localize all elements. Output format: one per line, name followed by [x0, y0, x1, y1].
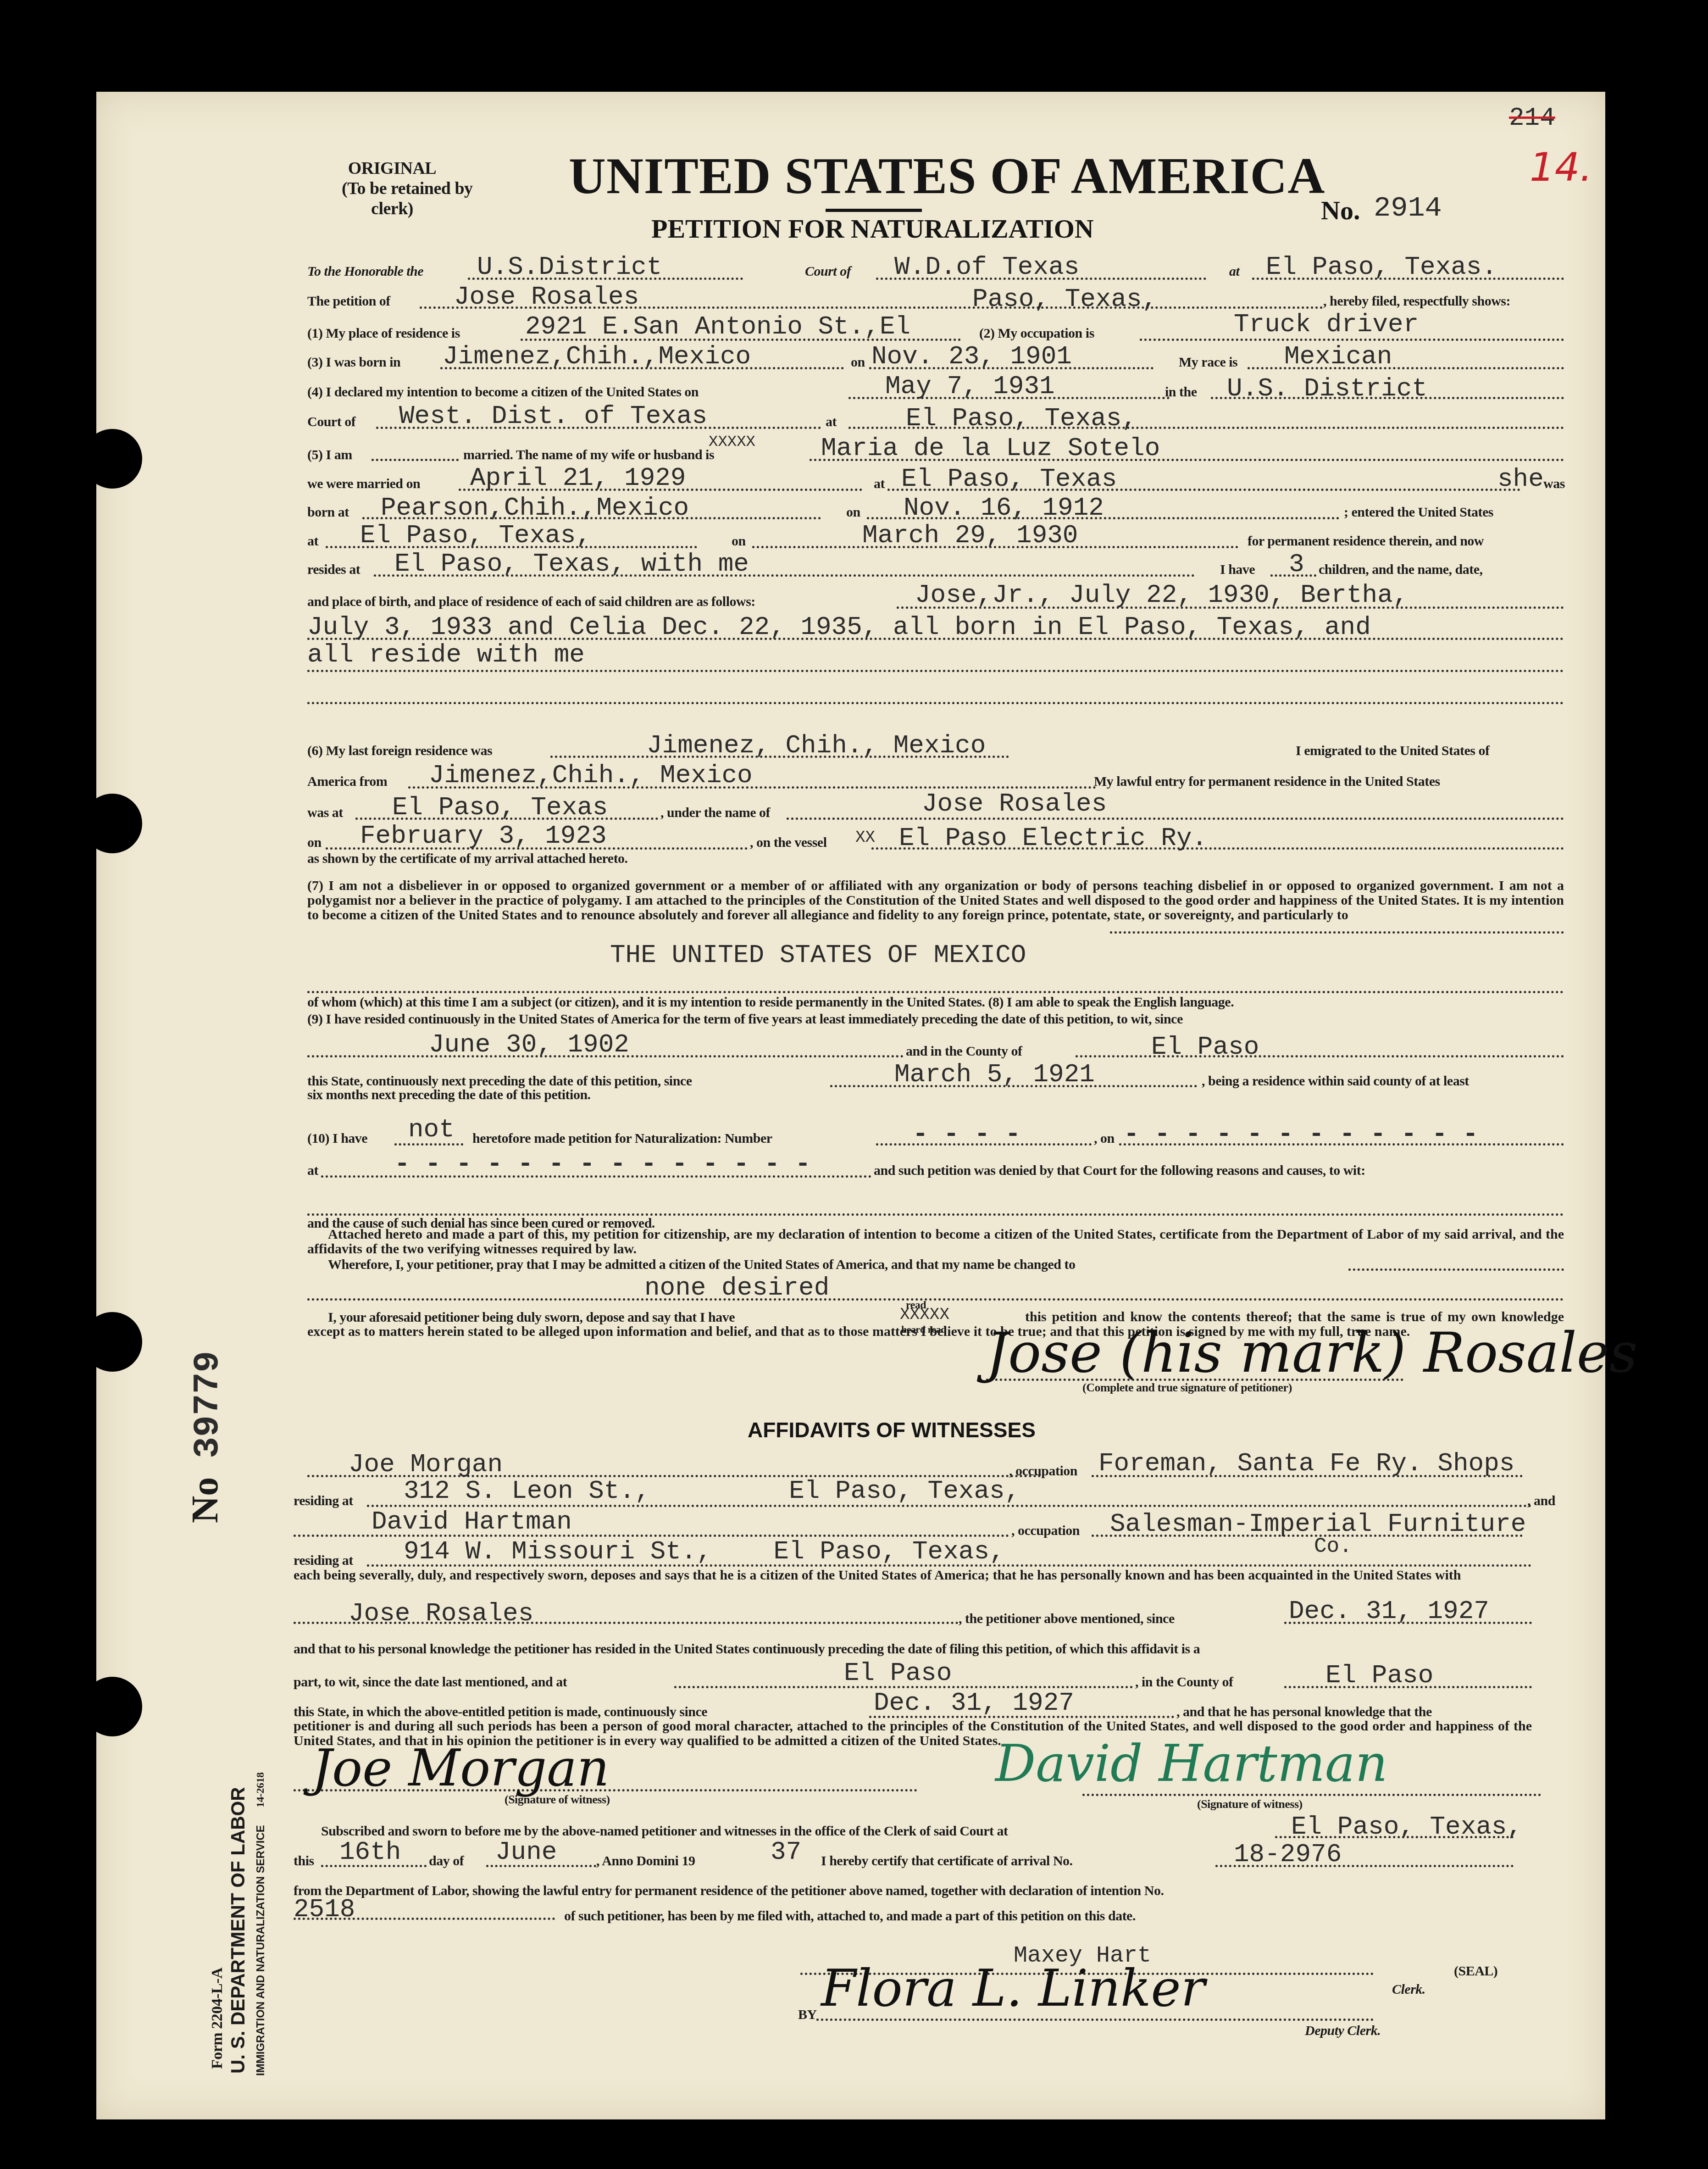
children-line-1[interactable]: Jose,Jr., July 22, 1930, Bertha,	[915, 580, 1408, 610]
witness-1-address[interactable]: 312 S. Leon St., El Paso, Texas,	[404, 1476, 1020, 1506]
birthplace[interactable]: Jimenez,Chih.,Mexico	[443, 342, 751, 371]
department-statement: from the Department of Labor, showing th…	[294, 1883, 1164, 1899]
witness-1-name[interactable]: Joe Morgan	[349, 1450, 503, 1479]
court-name[interactable]: U.S.District	[477, 252, 662, 282]
label: (1) My place of residence is	[307, 326, 460, 341]
witness-2-signature: David Hartman	[995, 1734, 1388, 1793]
serial-number-block: No 39779	[183, 1351, 228, 1523]
witness-knowledge-statement: and that to his personal knowledge the p…	[294, 1641, 1200, 1657]
label: this	[294, 1853, 314, 1869]
label: on	[846, 505, 860, 520]
label: was	[1543, 476, 1565, 492]
red-page-number: 14.	[1530, 145, 1592, 190]
field-line	[294, 1918, 555, 1920]
prior-petition-date[interactable]: - - - - - - - - - - - -	[1124, 1119, 1478, 1149]
label: on	[307, 835, 322, 851]
children-count[interactable]: 3	[1289, 550, 1304, 579]
field-line	[307, 1298, 1564, 1301]
print-code: 14-2618	[255, 1773, 267, 1808]
birth-date[interactable]: Nov. 23, 1901	[871, 342, 1072, 371]
last-foreign-residence[interactable]: Jimenez, Chih., Mexico	[647, 731, 986, 760]
label: as shown by the certificate of my arriva…	[307, 851, 628, 867]
label: married. The name of my wife or husband …	[463, 447, 714, 463]
document-title: UNITED STATES OF AMERICA	[569, 147, 1325, 206]
label: , hereby filed, respectfully shows:	[1323, 294, 1510, 309]
label: My lawful entry for permanent residence …	[1094, 774, 1440, 790]
oath-month[interactable]: June	[495, 1837, 557, 1867]
petitioner-name[interactable]: Jose Rosales	[454, 282, 639, 311]
label: residing at	[294, 1493, 353, 1509]
witness-2-occupation-cont[interactable]: Co.	[1314, 1535, 1352, 1558]
label: I emigrated to the United States of	[1296, 743, 1489, 759]
declared-date[interactable]: May 7, 1931	[885, 372, 1055, 401]
arrival-certificate-number[interactable]: 18-2976	[1234, 1840, 1342, 1869]
label: part, to wit, since the date last mentio…	[294, 1674, 567, 1690]
prior-petition-number[interactable]: - - - -	[913, 1119, 1020, 1149]
court-location[interactable]: El Paso, Texas.	[1266, 252, 1497, 282]
petition-number: 2914	[1374, 192, 1442, 224]
spouse-name[interactable]: Maria de la Luz Sotelo	[821, 434, 1160, 463]
label: , the petitioner above mentioned, since	[959, 1611, 1175, 1627]
serial-label: No	[184, 1477, 226, 1523]
witness-2-name[interactable]: David Hartman	[372, 1507, 572, 1536]
seal-label: (SEAL)	[1454, 1963, 1497, 1979]
field-line	[1110, 931, 1564, 934]
struck-vessel-prefix: XX	[855, 828, 875, 847]
label: at	[874, 476, 885, 492]
entry-place[interactable]: El Paso, Texas	[392, 793, 608, 822]
label: (6) My last foreign residence was	[307, 743, 492, 759]
married-at[interactable]: El Paso, Texas	[901, 464, 1117, 494]
label: America from	[307, 774, 387, 790]
witness-county[interactable]: El Paso	[1325, 1661, 1433, 1690]
label: this State, continuously next preceding …	[307, 1073, 692, 1089]
signature-caption: (Signature of witness)	[505, 1793, 610, 1807]
title-divider	[826, 209, 922, 212]
label: at	[826, 414, 837, 430]
label: at	[307, 534, 318, 549]
punch-hole	[83, 1312, 142, 1372]
renounced-sovereign[interactable]: THE UNITED STATES OF MEXICO	[610, 940, 1026, 970]
subject-statement: of whom (which) at this time I am a subj…	[307, 995, 1234, 1010]
label: (4) I declared my intention to become a …	[307, 384, 699, 400]
entry-name[interactable]: Jose Rosales	[922, 789, 1107, 818]
spouse-birth-date[interactable]: Nov. 16, 1912	[904, 493, 1104, 523]
label: Court of	[805, 264, 851, 279]
married-on[interactable]: April 21, 1929	[470, 463, 686, 493]
label: Court of	[307, 414, 355, 430]
vessel[interactable]: El Paso Electric Ry.	[899, 823, 1207, 853]
race[interactable]: Mexican	[1284, 342, 1392, 371]
label: , and	[1527, 1493, 1555, 1509]
field-line	[372, 459, 459, 461]
emigrated-from[interactable]: Jimenez,Chih., Mexico	[429, 761, 753, 790]
children-line-3[interactable]: all reside with me	[307, 640, 585, 669]
punch-hole	[83, 1677, 142, 1736]
label: (5) I am	[307, 447, 352, 463]
label: , on the vessel	[750, 835, 827, 851]
label: at	[1229, 264, 1239, 279]
serial-number: 39779	[188, 1351, 228, 1458]
entry-date[interactable]: February 3, 1923	[360, 821, 607, 851]
clerk-court-location[interactable]: El Paso, Texas,	[1291, 1812, 1522, 1841]
label: and such petition was denied by that Cou…	[874, 1163, 1365, 1179]
field-line	[1082, 1794, 1541, 1796]
field-line	[307, 991, 1564, 993]
field-line	[307, 702, 1564, 704]
deputy-clerk-signature: Flora L. Linker	[821, 1959, 1205, 2018]
petitioner-signature: Jose (his mark) Rosales	[986, 1321, 1637, 1385]
wherefore-statement: Wherefore, I, your petitioner, pray that…	[328, 1257, 1075, 1273]
label: this State, in which the above-entitled …	[294, 1704, 707, 1720]
department-name: U. S. DEPARTMENT OF LABOR	[227, 1787, 249, 2074]
witness-1-occupation[interactable]: Foreman, Santa Fe Ry. Shops	[1098, 1449, 1514, 1478]
district[interactable]: W.D.of Texas	[894, 252, 1079, 282]
label: (2) My occupation is	[979, 326, 1094, 341]
label: day of	[429, 1853, 464, 1869]
prior-petition-court[interactable]: - - - - - - - - - - - - - -	[394, 1149, 810, 1179]
label: , Anno Domini 19	[596, 1853, 695, 1869]
label: , on	[1094, 1131, 1115, 1146]
children-line-2[interactable]: July 3, 1933 and Celia Dec. 22, 1935, al…	[307, 612, 1371, 642]
subscribed-statement: Subscribed and sworn to before me by the…	[321, 1824, 1008, 1839]
label: in the	[1165, 384, 1197, 400]
label: I have	[1220, 562, 1255, 578]
witnesses-heading: AFFIDAVITS OF WITNESSES	[748, 1418, 1036, 1442]
field-line	[787, 818, 1564, 820]
declared-court-of[interactable]: West. Dist. of Texas	[399, 401, 707, 431]
field-line	[307, 670, 1564, 672]
service-name: IMMIGRATION AND NATURALIZATION SERVICE	[255, 1825, 267, 2076]
label: at	[307, 1163, 318, 1179]
spouse-entered-on[interactable]: March 29, 1930	[862, 521, 1078, 550]
spouse-entered-at[interactable]: El Paso, Texas,	[360, 521, 591, 550]
spouse-birthplace[interactable]: Pearson,Chih.,Mexico	[381, 493, 689, 523]
label: and place of birth, and place of residen…	[307, 594, 755, 610]
label: , occupation	[1011, 1523, 1080, 1539]
label: , in the County of	[1135, 1674, 1233, 1690]
state-residence-since[interactable]: March 5, 1921	[894, 1060, 1095, 1089]
punch-hole	[83, 794, 142, 853]
field-line	[1348, 1268, 1564, 1271]
oath-day[interactable]: 16th	[339, 1837, 401, 1867]
petitioner-name-cont[interactable]: Paso, Texas,	[972, 284, 1157, 314]
filed-statement: of such petitioner, has been by me filed…	[564, 1908, 1136, 1924]
punch-hole	[83, 429, 142, 489]
label: six months next preceding the date of th…	[307, 1087, 591, 1103]
witness-state-since[interactable]: Dec. 31, 1927	[874, 1688, 1074, 1718]
label: was at	[307, 805, 343, 821]
original-label: ORIGINAL (To be retained by clerk)	[342, 158, 443, 219]
signature-caption: (Signature of witness)	[1197, 1797, 1303, 1811]
label: we were married on	[307, 476, 420, 492]
label: ; entered the United States	[1344, 505, 1493, 520]
witness-2-address[interactable]: 914 W. Missouri St., El Paso, Texas,	[404, 1537, 1005, 1566]
label: My race is	[1179, 355, 1237, 370]
label: To the Honorable the	[307, 264, 423, 279]
struck-text: XXXXX	[709, 434, 755, 451]
oath-year[interactable]: 37	[771, 1837, 801, 1867]
spouse-pronoun[interactable]: she	[1497, 464, 1544, 494]
label: born at	[307, 505, 349, 520]
spouse-resides-at[interactable]: El Paso, Texas, with me	[394, 549, 749, 578]
residence-county[interactable]: El Paso	[1151, 1032, 1259, 1062]
label: heretofore made petition for Naturalizat…	[472, 1131, 772, 1146]
us-residence-since[interactable]: June 30, 1902	[429, 1030, 629, 1059]
label: , under the name of	[660, 805, 770, 821]
declared-at[interactable]: El Paso, Texas,	[906, 404, 1137, 433]
label: (10) I have	[307, 1131, 367, 1146]
attachments-paragraph: Attached hereto and made a part of this,…	[307, 1227, 1564, 1257]
witness-petitioner-name[interactable]: Jose Rosales	[349, 1599, 533, 1628]
petition-number-label: No.	[1321, 195, 1360, 226]
residence-statement: (9) I have resided continuously in the U…	[307, 1012, 1183, 1027]
struck-page-number: 214	[1509, 103, 1555, 133]
signature-caption: (Complete and true signature of petition…	[1082, 1381, 1292, 1395]
witness-1-signature: Joe Morgan	[312, 1739, 610, 1797]
witness-sworn-statement: each being severally, duly, and respecti…	[294, 1568, 1532, 1583]
label: resides at	[307, 562, 360, 578]
label: residing at	[294, 1553, 353, 1568]
label: for permanent residence therein, and now	[1248, 534, 1484, 549]
label: Deputy Clerk.	[1305, 2023, 1381, 2039]
label: BY	[798, 2007, 817, 2023]
label: Clerk.	[1392, 1982, 1425, 1997]
prior-petition-status[interactable]: not	[408, 1115, 455, 1144]
occupation[interactable]: Truck driver	[1234, 310, 1419, 339]
label: on	[851, 355, 865, 370]
label: and in the County of	[906, 1044, 1022, 1059]
label: on	[732, 534, 746, 549]
field-line	[1076, 1055, 1564, 1057]
witness-known-since[interactable]: Dec. 31, 1927	[1289, 1596, 1489, 1626]
label: , and that he has personal knowledge tha…	[1176, 1704, 1432, 1720]
witness-resided-at[interactable]: El Paso	[844, 1658, 952, 1688]
label: The petition of	[307, 294, 390, 309]
label: children, and the name, date,	[1319, 562, 1482, 578]
declared-court[interactable]: U.S. District	[1227, 374, 1427, 403]
label: (3) I was born in	[307, 355, 400, 370]
residence[interactable]: 2921 E.San Antonio St.,El	[525, 312, 910, 341]
label: , being a residence within said county o…	[1202, 1073, 1469, 1089]
document-subtitle: PETITION FOR NATURALIZATION	[651, 213, 1094, 244]
label: I hereby certify that certificate of arr…	[821, 1853, 1073, 1869]
field-line	[816, 2019, 1374, 2021]
form-number: Form 2204-L-A	[209, 1968, 226, 2069]
allegiance-paragraph: (7) I am not a disbeliever in or opposed…	[307, 879, 1564, 923]
